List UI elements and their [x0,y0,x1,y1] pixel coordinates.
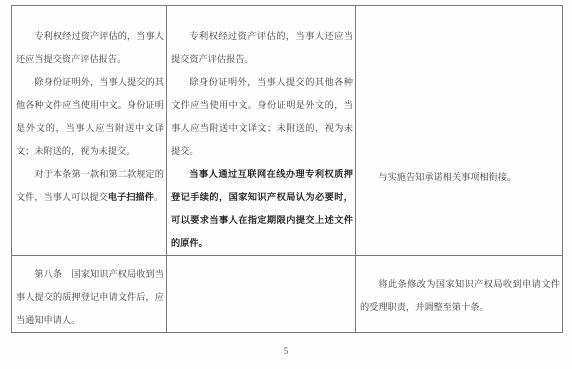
clause-paragraph: 专利权经过资产评估的，当事人还应当提交资产评估报告。 [16,25,164,71]
revision-comparison-table: 专利权经过资产评估的，当事人还应当提交资产评估报告。 除身份证明外，当事人提交的… [11,5,563,333]
revised-provision-text: 专利权经过资产评估的，当事人还应当提交资产评估报告。 除身份证明外，当事人提交的… [167,6,355,255]
clause-paragraph-with-emphasis: 对于本条第一款和第二款规定的文件，当事人可以提交电子扫描件。 [16,163,164,209]
current-provision-text: 专利权经过资产评估的，当事人还应当提交资产评估报告。 除身份证明外，当事人提交的… [12,6,166,209]
emphasized-term: 电子扫描件 [108,192,154,202]
clause-text: 。 [154,192,163,202]
table-row-clause-7: 专利权经过资产评估的，当事人还应当提交资产评估报告。 除身份证明外，当事人提交的… [12,6,563,256]
current-provision-text: 第八条 国家知识产权局收到当事人提交的质押登记申请文件后，应当通知申请人。 [12,256,166,332]
revision-note-text: 将此条修改为国家知识产权局收到申请文件的受理职责，并调整至第十条。 [356,256,562,319]
clause-paragraph: 除身份证明外，当事人提交的其他各种文件应当使用中文。身份证明是外文的，当事人应当… [171,71,353,163]
revision-note: 与实施告知承诺相关事项相衔接。 [360,166,560,189]
table-row-clause-8: 第八条 国家知识产权局收到当事人提交的质押登记申请文件后，应当通知申请人。 将此… [12,256,563,333]
revision-note: 将此条修改为国家知识产权局收到申请文件的受理职责，并调整至第十条。 [360,273,560,319]
clause-paragraph: 专利权经过资产评估的，当事人还应当提交资产评估报告。 [171,25,353,71]
cell-current-provision-r2: 第八条 国家知识产权局收到当事人提交的质押登记申请文件后，应当通知申请人。 [12,256,167,333]
document-page: 专利权经过资产评估的，当事人还应当提交资产评估报告。 除身份证明外，当事人提交的… [0,0,572,369]
page-number: 5 [0,346,572,356]
revision-note-text: 与实施告知承诺相关事项相衔接。 [356,6,562,189]
cell-revision-note-r1: 与实施告知承诺相关事项相衔接。 [356,6,563,256]
clause-paragraph: 第八条 国家知识产权局收到当事人提交的质押登记申请文件后，应当通知申请人。 [16,263,164,332]
cell-current-provision-r1: 专利权经过资产评估的，当事人还应当提交资产评估报告。 除身份证明外，当事人提交的… [12,6,167,256]
cell-revised-provision-r1: 专利权经过资产评估的，当事人还应当提交资产评估报告。 除身份证明外，当事人提交的… [167,6,356,256]
clause-paragraph: 除身份证明外，当事人提交的其他各种文件应当使用中文。身份证明是外文的，当事人应当… [16,71,164,163]
cell-revision-note-r2: 将此条修改为国家知识产权局收到申请文件的受理职责，并调整至第十条。 [356,256,563,333]
new-clause-paragraph: 当事人通过互联网在线办理专利权质押登记手续的，国家知识产权局认为必要时，可以要求… [171,163,353,255]
cell-revised-provision-r2 [167,256,356,333]
